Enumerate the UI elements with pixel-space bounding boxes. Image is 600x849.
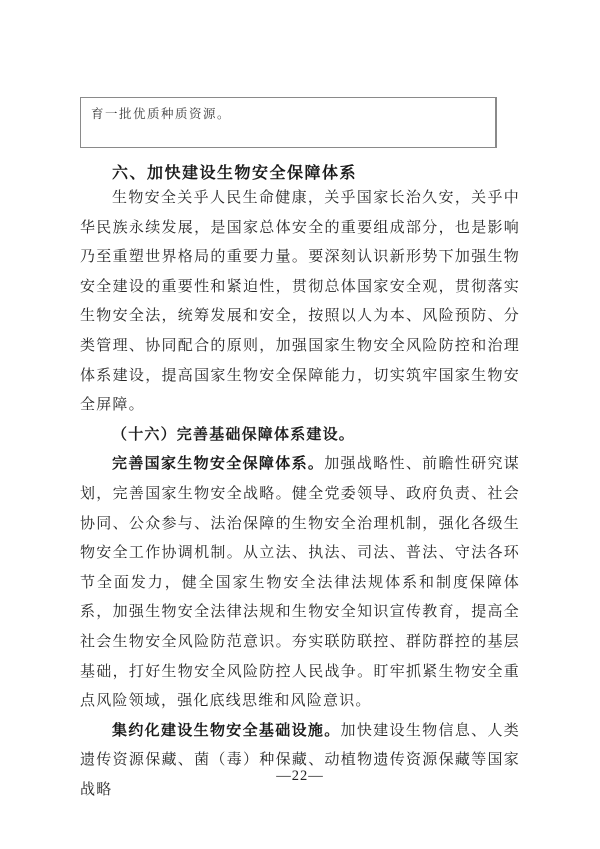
paragraph-improve-system-body: 加强战略性、前瞻性研究谋划，完善国家生物安全战略。健全党委领导、政府负责、社会协… — [80, 456, 520, 709]
paragraph-improve-system: 完善国家生物安全保障体系。加强战略性、前瞻性研究谋划，完善国家生物安全战略。健全… — [80, 450, 520, 716]
document-page: 育一批优质种质资源。 六、加快建设生物安全保障体系 生物安全关乎人民生命健康，关… — [0, 0, 600, 849]
body-text: 生物安全关乎人民生命健康，关乎国家长治久安，关乎中华民族永续发展，是国家总体安全… — [80, 184, 520, 805]
paragraph-intro: 生物安全关乎人民生命健康，关乎国家长治久安，关乎中华民族永续发展，是国家总体安全… — [80, 184, 520, 421]
paragraph-improve-system-lead: 完善国家生物安全保障体系。 — [112, 456, 324, 472]
subsection-heading: （十六）完善基础保障体系建设。 — [80, 421, 520, 451]
section-heading: 六、加快建设生物安全保障体系 — [80, 164, 520, 184]
document-content: 育一批优质种质资源。 六、加快建设生物安全保障体系 生物安全关乎人民生命健康，关… — [80, 97, 520, 805]
page-number: —22— — [0, 768, 600, 785]
carryover-text: 育一批优质种质资源。 — [91, 107, 231, 121]
carryover-text-box: 育一批优质种质资源。 — [80, 97, 497, 148]
paragraph-infrastructure-lead: 集约化建设生物安全基础设施。 — [112, 723, 341, 739]
paragraph-infrastructure: 集约化建设生物安全基础设施。加快建设生物信息、人类遗传资源保藏、菌（毒）种保藏、… — [80, 717, 520, 806]
